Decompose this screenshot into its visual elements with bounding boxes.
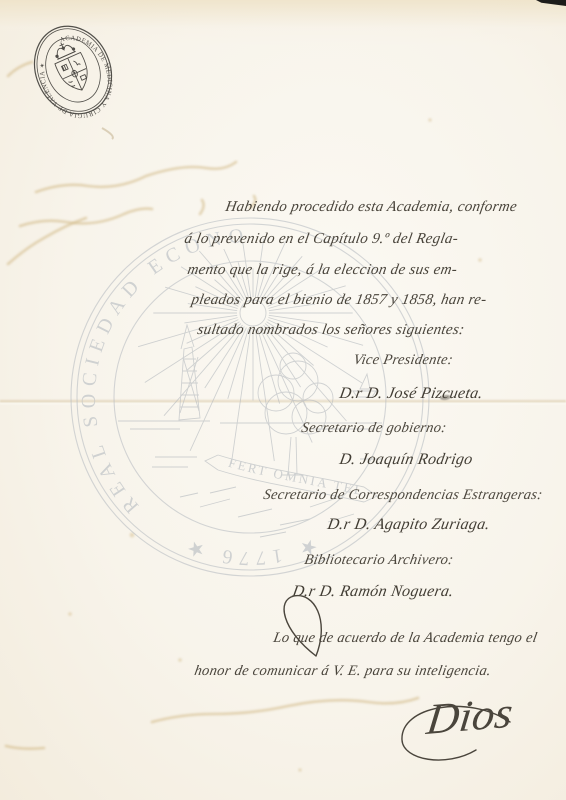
appointment-name: D.r D. Agapito Zuriaga. xyxy=(326,516,491,534)
letter-line: Habiendo procedido esta Academia, confor… xyxy=(224,199,518,216)
watermark-year: ★ 1776 ★ xyxy=(178,533,320,569)
scan-corner-mark xyxy=(536,0,566,6)
watermark-motto: FERT OMNIA TELLUS xyxy=(60,207,366,498)
appointment-role: Vice Presidente: xyxy=(352,352,454,369)
appointment-role: Bibliotecario Archivero: xyxy=(303,552,455,569)
appointment-role: Secretario de gobierno: xyxy=(300,420,448,437)
tree-icon xyxy=(258,353,333,475)
appointment-role: Secretario de Correspondencias Estranger… xyxy=(262,487,544,504)
appointment-name: D.r D. Ramón Noguera. xyxy=(291,583,455,601)
appointment-name: D. Joaquín Rodrigo xyxy=(338,451,474,469)
closing-line: honor de comunicar á V. E. para su intel… xyxy=(193,663,492,680)
appointment-name: D.r D. José Pizcueta. xyxy=(338,385,484,403)
academy-seal-stamp: ACADEMIA DE MEDICINA Y CIRUGIA DE VALENC… xyxy=(6,0,140,140)
tower-icon xyxy=(179,325,200,420)
letter-line: á lo prevenido en el Capítulo 9.º del Re… xyxy=(183,231,459,248)
scanned-letter-page: REAL SOCIEDAD ECONOMICA VALENCIANA ★ 177… xyxy=(0,0,566,800)
closing-line: Lo que de acuerdo de la Academia tengo e… xyxy=(272,630,539,647)
letter-line: sultado nombrados los señores siguientes… xyxy=(196,322,466,339)
letter-line: pleados para el bienio de 1857 y 1858, h… xyxy=(190,292,488,309)
letter-line: mento que la rige, á la eleccion de sus … xyxy=(186,262,458,279)
valediction-signature: Dios xyxy=(424,687,516,745)
watermark-ring-title: REAL SOCIEDAD ECONOMICA VALENCIANA xyxy=(60,207,251,517)
shield-icon xyxy=(55,52,95,96)
